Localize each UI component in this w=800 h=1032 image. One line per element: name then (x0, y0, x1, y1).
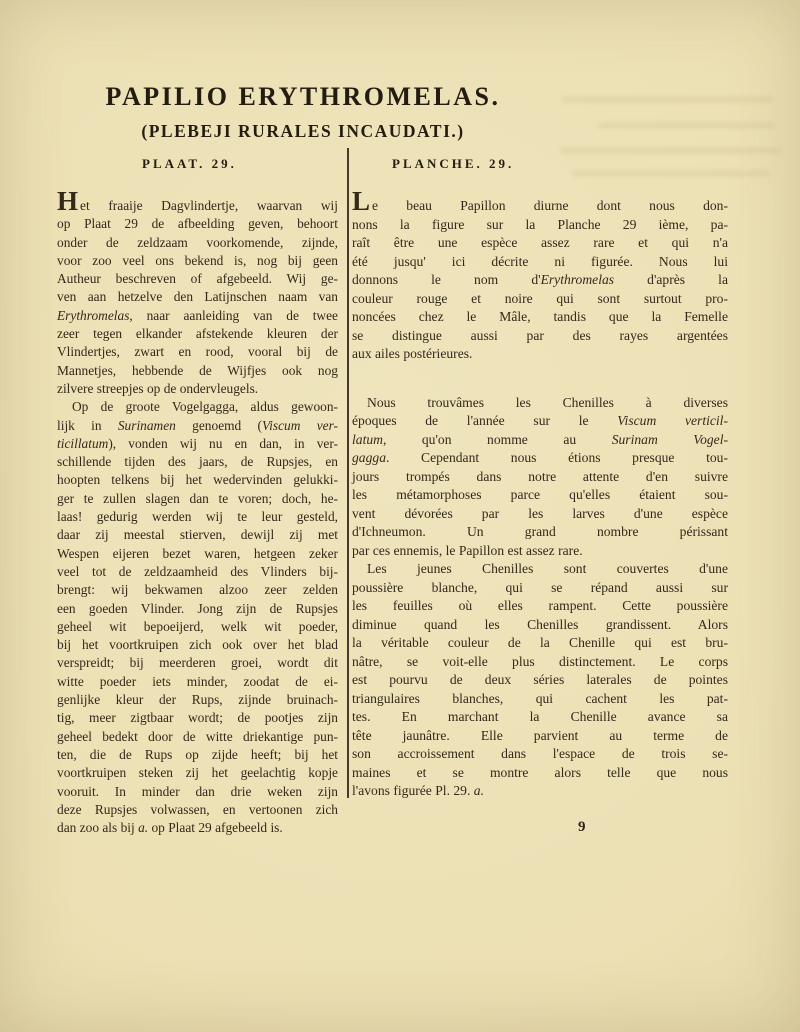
text-line: tes. En marchant la Chenille avance sa (352, 708, 728, 727)
text-line: l'avons figurée Pl. 29. a. (352, 782, 728, 801)
text-line: ten, die de Rups op zijde heeft; bij het (57, 746, 338, 764)
text-line: onder de zeldzaam voorkomende, zijnde, (57, 234, 338, 252)
book-page: PAPILIO ERYTHROMELAS. (PLEBEJI RURALES I… (0, 0, 800, 1032)
page-number: 9 (578, 819, 586, 836)
text-line: Wespen eijeren bezet waren, hetgeen zeke… (57, 545, 338, 563)
text-line: Mannetjes, hebbende de Wijfjes ook nog (57, 362, 338, 380)
text-line: voortkruipen steken zij het geelachtig k… (57, 764, 338, 782)
text-line: Les jeunes Chenilles sont couvertes d'un… (352, 560, 728, 579)
verso-bleedthrough (572, 170, 770, 177)
text-line: ger te zullen slagen dan te voren; doch,… (57, 490, 338, 508)
text-line: vent dévorées par les larves d'une espèc… (352, 505, 728, 524)
verso-bleedthrough (598, 122, 776, 129)
column-divider (347, 148, 349, 798)
text-line: vooruit. In minder dan drie weken zijn (57, 783, 338, 801)
text-line: donnons le nom d'Erythromelas d'après la (352, 271, 728, 290)
text-line: poussière blanche, qui se répand aussi s… (352, 579, 728, 598)
text-line: schillende tijden des jaars, de Rupsjes,… (57, 453, 338, 471)
paragraph: Nous trouvâmes les Chenilles à diversesé… (352, 394, 728, 561)
text-line: diminue quand les Chenilles grandissent.… (352, 616, 728, 635)
right-column-text: Le beau Papillon diurne dont nous don-no… (352, 192, 728, 801)
text-line: couleur rouge et noire qui sont surtout … (352, 290, 728, 309)
text-line: été jusqu' ici décrite ni figurée. Nous … (352, 253, 728, 272)
text-line: dan zoo als bij a. op Plaat 29 afgebeeld… (57, 819, 338, 837)
text-line: noncées chez le Mâle, tandis que la Feme… (352, 308, 728, 327)
text-line: bij het voortkruipen zich ook over het b… (57, 636, 338, 654)
text-line: brengt: wij bekwamen alzoo zeer zelden (57, 581, 338, 599)
verso-bleedthrough (560, 147, 782, 154)
text-line: se distingue aussi par des rayes argenté… (352, 327, 728, 346)
text-line: par ces ennemis, le Papillon est assez r… (352, 542, 728, 561)
text-line: gagga. Cependant nous étions presque tou… (352, 449, 728, 468)
text-line: zeer tegen elkander afstekende kleuren d… (57, 325, 338, 343)
text-line: Het fraaije Dagvlindertje, waarvan wij (57, 192, 338, 215)
paragraph: Het fraaije Dagvlindertje, waarvan wijop… (57, 192, 338, 398)
text-line: Erythromelas, naar aanleiding van de twe… (57, 307, 338, 325)
text-line: nâtre, se voit-elle plus distinctement. … (352, 653, 728, 672)
text-line: lijk in Surinamen genoemd (Viscum ver- (57, 417, 338, 435)
text-line: Op de groote Vogelgagga, aldus gewoon- (57, 398, 338, 416)
text-line: hoopten telkens bij het wedervinden gelu… (57, 471, 338, 489)
text-line: latum, qu'on nomme au Surinam Vogel- (352, 431, 728, 450)
text-line: veel tot de zeldzaamheid des Vlinders bi… (57, 563, 338, 581)
text-line: op Plaat 29 de afbeelding geven, behoort (57, 215, 338, 233)
text-line: maines et se montre alors telle que nous (352, 764, 728, 783)
text-line: ticillatum), vonden wij nu en dan, in ve… (57, 435, 338, 453)
text-line: nons la figure sur la Planche 29 ième, p… (352, 216, 728, 235)
paragraph: Les jeunes Chenilles sont couvertes d'un… (352, 560, 728, 801)
text-line: son accroissement dans l'espace de trois… (352, 745, 728, 764)
text-line: d'Ichneumon. Un grand nombre périssant (352, 523, 728, 542)
text-line: laas! gedurig werden wij te leur gesteld… (57, 508, 338, 526)
drop-cap: L (352, 192, 370, 210)
left-column-text: Het fraaije Dagvlindertje, waarvan wijop… (57, 192, 338, 837)
page-title: PAPILIO ERYTHROMELAS. (60, 82, 546, 112)
text-line: verspreidt; bij meerderen groei, wordt d… (57, 654, 338, 672)
text-line: époques de l'année sur le Viscum vertici… (352, 412, 728, 431)
text-line: jours trompés dans notre attente d'en su… (352, 468, 728, 487)
text-line: aux ailes postérieures. (352, 345, 728, 364)
text-line: ven aan hetzelve den Latijnschen naam va… (57, 288, 338, 306)
text-line: Nous trouvâmes les Chenilles à diverses (352, 394, 728, 413)
text-line: Vlindertjes, zwart en rood, vooral bij d… (57, 343, 338, 361)
drop-cap: H (57, 192, 78, 210)
text-line: est pourvu de deux séries laterales de p… (352, 671, 728, 690)
text-line: genlijke kleur der Rups, zijnde bruinach… (57, 691, 338, 709)
text-line: daar zij meestal stierven, dewijl zij me… (57, 526, 338, 544)
text-line: witte poeder iets minder, zoodat de ei- (57, 673, 338, 691)
text-line: Autheur beschreven of afgebeeld. Wij ge- (57, 270, 338, 288)
text-line: tig, meer zigtbaar wordt; de pootjes zij… (57, 709, 338, 727)
right-column-header: PLANCHE. 29. (392, 156, 514, 172)
text-line: voor zoo veel ons bekend is, nog bij gee… (57, 252, 338, 270)
text-line: zilvere streepjes op de ondervleugels. (57, 380, 338, 398)
text-line: geheel wit bepoeijerd, welk wit poeder, (57, 618, 338, 636)
text-line: la véritable couleur de la Chenille qui … (352, 634, 728, 653)
text-line: triangulaires blanches, qui cachent les … (352, 690, 728, 709)
text-line: les métamorphoses parce qu'elles étaient… (352, 486, 728, 505)
text-line: geheel bedekt door de witte driekantige … (57, 728, 338, 746)
left-column-header: PLAAT. 29. (142, 156, 237, 172)
text-line: Le beau Papillon diurne dont nous don- (352, 192, 728, 216)
text-line: les feuilles où elles rampent. Cette pou… (352, 597, 728, 616)
text-line: tête jaunâtre. Elle parvient au terme de (352, 727, 728, 746)
text-line: deze Rupsjes volwassen, en vertoonen zic… (57, 801, 338, 819)
page-subtitle: (PLEBEJI RURALES INCAUDATI.) (60, 121, 546, 142)
verso-bleedthrough (562, 96, 774, 103)
paragraph: Le beau Papillon diurne dont nous don-no… (352, 192, 728, 364)
paragraph: Op de groote Vogelgagga, aldus gewoon-li… (57, 398, 338, 837)
text-line: raît être une espèce assez rare et qui n… (352, 234, 728, 253)
text-line: een goeden Vlinder. Jong zijn de Rupsjes (57, 600, 338, 618)
